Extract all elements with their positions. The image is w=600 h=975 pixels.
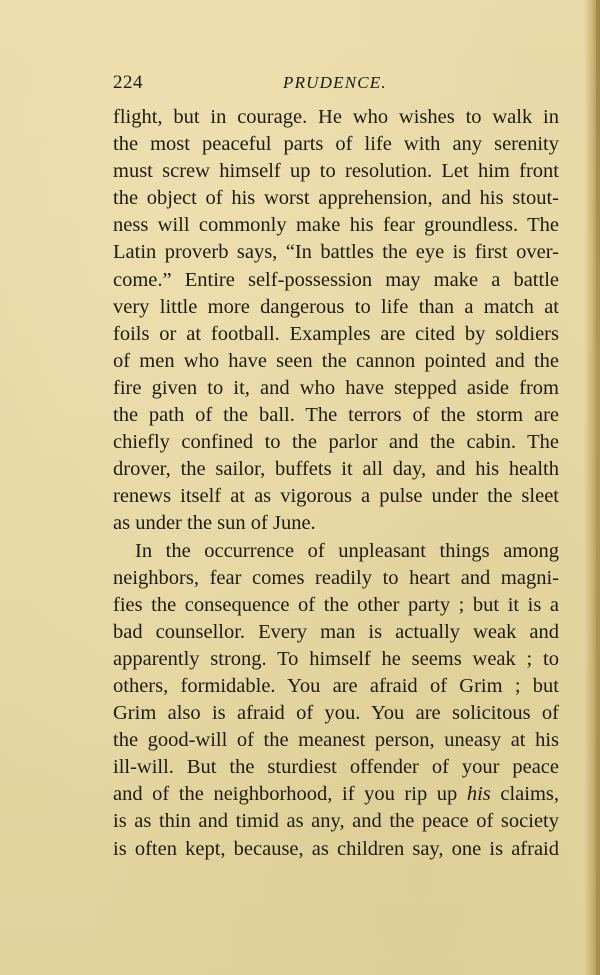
text-line: fies the consequence of the other party … — [113, 592, 559, 619]
text-line: come.” Entire self-possession may make a… — [113, 267, 559, 294]
text-line: of men who have seen the cannon pointed … — [113, 348, 559, 375]
text-line: others, formidable. You are afraid of Gr… — [113, 673, 559, 700]
text-line: the path of the ball. The terrors of the… — [113, 402, 559, 429]
text-line: the good-will of the meanest person, une… — [113, 727, 559, 754]
text-line: foils or at football. Examples are cited… — [113, 321, 559, 348]
text-line: must screw himself up to resolution. Let… — [113, 158, 559, 185]
text-line: is often kept, because, as children say,… — [113, 836, 559, 863]
text-line: renews itself at as vigorous a pulse und… — [113, 483, 559, 510]
text-line: ill-will. But the sturdiest offender of … — [113, 754, 559, 781]
text-line: Latin proverb says, “In battles the eye … — [113, 239, 559, 266]
text-line: fire given to it, and who have stepped a… — [113, 375, 559, 402]
text-segment: and of the neighborhood, if you rip up — [113, 783, 467, 805]
text-line: Grim also is afraid of you. You are soli… — [113, 700, 559, 727]
running-title: PRUDENCE. — [283, 73, 387, 93]
text-line: the object of his worst apprehension, an… — [113, 185, 559, 212]
running-head: 224 PRUDENCE. — [113, 72, 557, 94]
text-line: flight, but in courage. He who wishes to… — [113, 104, 559, 131]
text-line: ness will commonly make his fear groundl… — [113, 212, 559, 239]
text-line: drover, the sailor, buffets it all day, … — [113, 456, 559, 483]
body-text: flight, but in courage. He who wishes to… — [113, 104, 559, 863]
text-segment: claims, — [491, 783, 559, 805]
text-line-with-italic: and of the neighborhood, if you rip up h… — [113, 781, 559, 808]
paragraph-end-line: as under the sun of June. — [113, 510, 559, 537]
text-line: apparently strong. To himself he seems w… — [113, 646, 559, 673]
text-line: very little more dangerous to life than … — [113, 294, 559, 321]
page-edge — [596, 0, 600, 975]
page-number: 224 — [113, 72, 143, 94]
text-line: bad counsellor. Every man is actually we… — [113, 619, 559, 646]
text-line: chiefly confined to the parlor and the c… — [113, 429, 559, 456]
text-line: the most peaceful parts of life with any… — [113, 131, 559, 158]
text-line: is as thin and timid as any, and the pea… — [113, 808, 559, 835]
book-page: 224 PRUDENCE. flight, but in courage. He… — [0, 0, 600, 975]
italic-emphasis: his — [467, 783, 491, 805]
paragraph-start-line: In the occurrence of unpleasant things a… — [113, 538, 559, 565]
text-line: neighbors, fear comes readily to heart a… — [113, 565, 559, 592]
